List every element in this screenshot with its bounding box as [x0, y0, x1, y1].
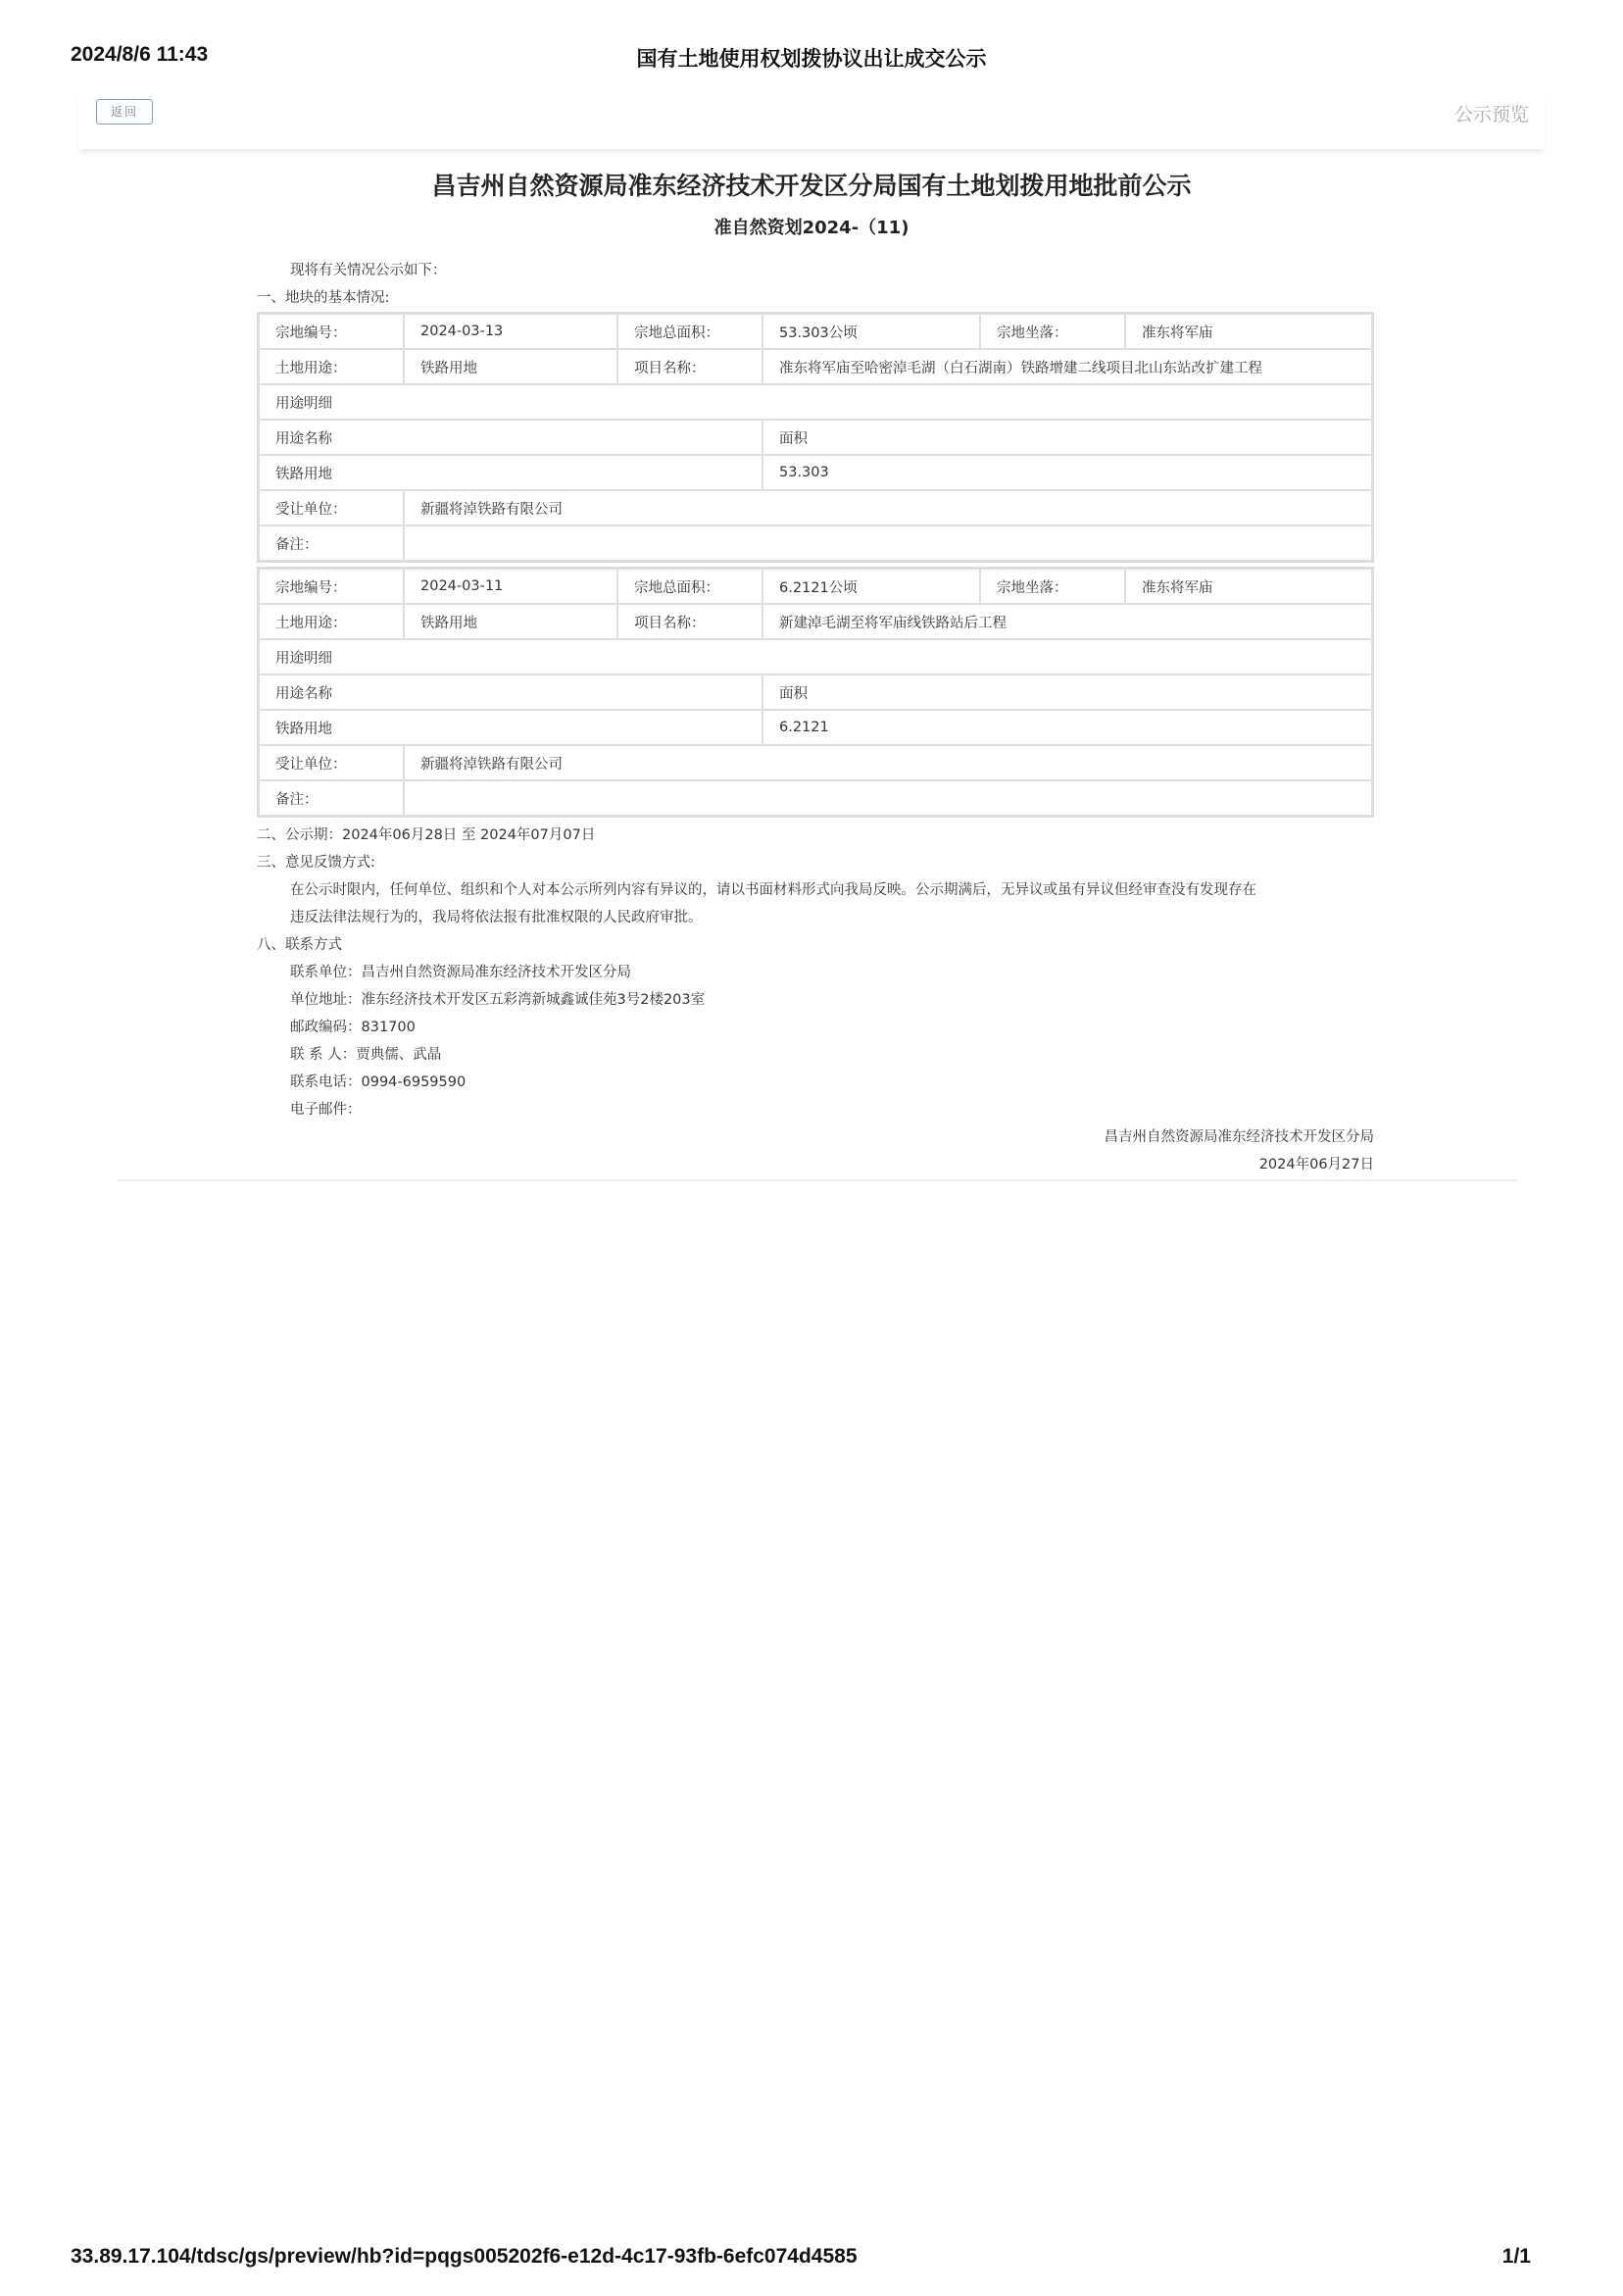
table-row: 用途明细: [259, 384, 1372, 420]
intro-text: 现将有关情况公示如下：: [257, 257, 1374, 284]
section-2-notice-period: 二、公示期：2024年06月28日 至 2024年07月07日: [257, 822, 1374, 849]
table-row: 土地用途： 铁路用地 项目名称： 新建淖毛湖至将军庙线铁路站后工程: [259, 604, 1372, 639]
contact-phone: 联系电话：0994-6959590: [257, 1069, 1374, 1096]
print-page-title: 国有土地使用权划拨协议出让成交公示: [71, 43, 1552, 73]
contact-unit: 联系单位：昌吉州自然资源局准东经济技术开发区分局: [257, 959, 1374, 986]
print-header: 2024/8/6 11:43 国有土地使用权划拨协议出让成交公示: [71, 43, 1552, 73]
table-row: 用途名称 面积: [259, 420, 1372, 455]
table-row: 铁路用地 53.303: [259, 455, 1372, 490]
table-row: 受让单位： 新疆将淖铁路有限公司: [259, 745, 1372, 780]
back-button[interactable]: 返回: [96, 99, 153, 125]
project-name-label: 项目名称：: [617, 349, 762, 384]
use-name-value: 铁路用地: [259, 710, 762, 745]
project-name-value: 新建淖毛湖至将军庙线铁路站后工程: [762, 604, 1372, 639]
signature-date: 2024年06月27日: [257, 1151, 1374, 1178]
land-use-label: 土地用途：: [259, 349, 404, 384]
remarks-label: 备注：: [259, 525, 404, 561]
area-value: 6.2121: [762, 710, 1372, 745]
use-name-header: 用途名称: [259, 674, 762, 710]
total-area-value: 53.303公顷: [762, 314, 980, 349]
table-row: 宗地编号： 2024-03-11 宗地总面积： 6.2121公顷 宗地坐落： 准…: [259, 569, 1372, 604]
location-label: 宗地坐落：: [980, 314, 1125, 349]
use-name-value: 铁路用地: [259, 455, 762, 490]
land-use-value: 铁路用地: [404, 349, 617, 384]
parcel-no-label: 宗地编号：: [259, 569, 404, 604]
use-detail-label: 用途明细: [259, 384, 1372, 420]
parcel-no-value: 2024-03-13: [404, 314, 617, 349]
page-number: 1/1: [1502, 2245, 1531, 2269]
contact-person: 联 系 人：贾典儒、武晶: [257, 1041, 1374, 1069]
land-use-value: 铁路用地: [404, 604, 617, 639]
document-title: 昌吉州自然资源局准东经济技术开发区分局国有土地划拨用地批前公示: [0, 167, 1623, 202]
contact-postcode: 邮政编码：831700: [257, 1014, 1374, 1041]
project-name-label: 项目名称：: [617, 604, 762, 639]
preview-label: 公示预览: [1454, 100, 1529, 126]
area-header: 面积: [762, 674, 1372, 710]
grantee-value: 新疆将淖铁路有限公司: [404, 745, 1372, 780]
table-row: 宗地编号： 2024-03-13 宗地总面积： 53.303公顷 宗地坐落： 准…: [259, 314, 1372, 349]
project-name-value: 准东将军庙至哈密淖毛湖（白石湖南）铁路增建二线项目北山东站改扩建工程: [762, 349, 1372, 384]
remarks-value: [404, 525, 1372, 561]
section-3-text-line-1: 在公示时限内，任何单位、组织和个人对本公示所列内容有异议的，请以书面材料形式向我…: [257, 876, 1374, 904]
table-row: 铁路用地 6.2121: [259, 710, 1372, 745]
parcel-no-label: 宗地编号：: [259, 314, 404, 349]
contact-address: 单位地址：准东经济技术开发区五彩湾新城鑫诚佳苑3号2楼203室: [257, 986, 1374, 1014]
total-area-value: 6.2121公顷: [762, 569, 980, 604]
location-value: 准东将军庙: [1125, 569, 1372, 604]
section-3-text-line-2: 违反法律法规行为的，我局将依法报有批准权限的人民政府审批。: [257, 904, 1374, 931]
signature-org: 昌吉州自然资源局准东经济技术开发区分局: [257, 1123, 1374, 1151]
table-row: 受让单位： 新疆将淖铁路有限公司: [259, 490, 1372, 525]
section-3-heading: 三、意见反馈方式:: [257, 849, 1374, 876]
divider: [118, 1179, 1517, 1181]
location-value: 准东将军庙: [1125, 314, 1372, 349]
section-8-heading: 八、联系方式: [257, 931, 1374, 959]
contact-email: 电子邮件：: [257, 1096, 1374, 1123]
toolbar: 返回 公示预览: [78, 94, 1545, 149]
grantee-label: 受让单位：: [259, 490, 404, 525]
use-name-header: 用途名称: [259, 420, 762, 455]
grantee-value: 新疆将淖铁路有限公司: [404, 490, 1372, 525]
location-label: 宗地坐落：: [980, 569, 1125, 604]
remarks-label: 备注：: [259, 780, 404, 816]
plot-table: 宗地编号： 2024-03-11 宗地总面积： 6.2121公顷 宗地坐落： 准…: [257, 567, 1374, 818]
print-url: 33.89.17.104/tdsc/gs/preview/hb?id=pqgs0…: [71, 2245, 858, 2269]
document-number: 准自然资划2024-（11): [0, 214, 1623, 239]
table-row: 土地用途： 铁路用地 项目名称： 准东将军庙至哈密淖毛湖（白石湖南）铁路增建二线…: [259, 349, 1372, 384]
document-body: 现将有关情况公示如下： 一、地块的基本情况: 宗地编号： 2024-03-13 …: [257, 257, 1374, 1178]
land-use-label: 土地用途：: [259, 604, 404, 639]
grantee-label: 受让单位：: [259, 745, 404, 780]
remarks-value: [404, 780, 1372, 816]
area-value: 53.303: [762, 455, 1372, 490]
print-footer: 33.89.17.104/tdsc/gs/preview/hb?id=pqgs0…: [71, 2245, 1552, 2274]
parcel-no-value: 2024-03-11: [404, 569, 617, 604]
table-row: 备注：: [259, 525, 1372, 561]
plot-table: 宗地编号： 2024-03-13 宗地总面积： 53.303公顷 宗地坐落： 准…: [257, 312, 1374, 563]
total-area-label: 宗地总面积：: [617, 569, 762, 604]
table-row: 用途名称 面积: [259, 674, 1372, 710]
total-area-label: 宗地总面积：: [617, 314, 762, 349]
use-detail-label: 用途明细: [259, 639, 1372, 674]
table-row: 备注：: [259, 780, 1372, 816]
area-header: 面积: [762, 420, 1372, 455]
section-1-heading: 一、地块的基本情况:: [257, 284, 1374, 312]
table-row: 用途明细: [259, 639, 1372, 674]
